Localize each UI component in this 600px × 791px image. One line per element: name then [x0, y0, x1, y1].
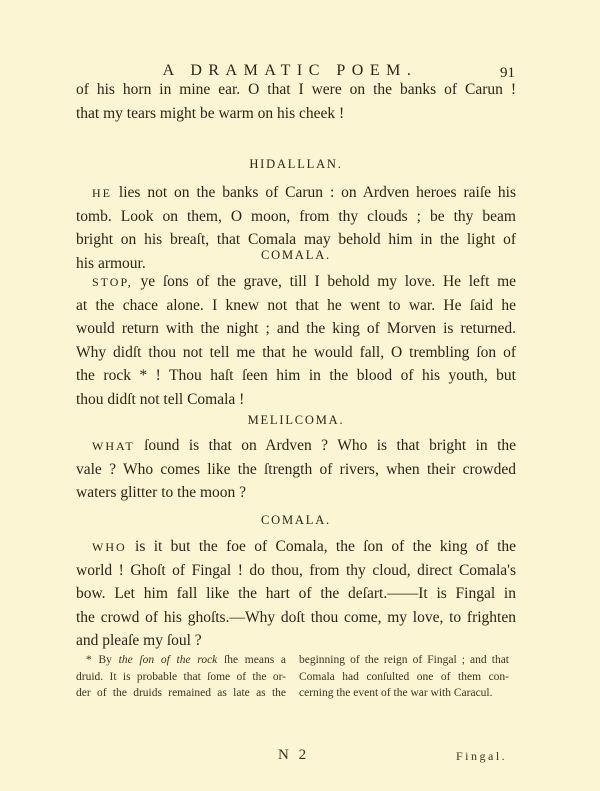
- opening-word: He: [92, 186, 112, 200]
- comala-speech-1: Stop, ye ſons of the grave, till I behol…: [76, 270, 516, 411]
- text-line: He lies not on the banks of Carun : on A…: [76, 181, 516, 205]
- text-line: of his horn in mine ear. O that I were o…: [76, 78, 516, 102]
- continuation-paragraph: of his horn in mine ear. O that I were o…: [76, 78, 516, 125]
- signature-mark: N 2: [278, 747, 309, 764]
- comala-speech-2: Who is it but the foe of Comala, the ſon…: [76, 535, 516, 653]
- opening-word: Stop,: [92, 275, 133, 289]
- text-line: bow. Let him fall like the hart of the d…: [76, 582, 516, 606]
- footnote-italic-phrase: the ſon of the rock: [119, 654, 218, 666]
- text-line: the crowd of his ghoſts.—Why doſt thou c…: [76, 606, 516, 630]
- text-line: Stop, ye ſons of the grave, till I behol…: [76, 270, 516, 294]
- footnote-right-column: beginning of the reign of Fingal ; and t…: [299, 652, 509, 702]
- speaker-heading-comala: Comala.: [76, 248, 516, 263]
- footnote-left-column: * By the ſon of the rock ſhe means a dru…: [76, 652, 286, 702]
- text-line: that my tears might be warm on his cheek…: [76, 102, 516, 126]
- footnote-line: cerning the event of the war with Caracu…: [299, 685, 509, 702]
- footnote-line: Comala had conſulted one of them con-: [299, 669, 509, 686]
- footnote-marker: *: [86, 654, 92, 666]
- book-page: A DRAMATIC POEM. 91 of his horn in mine …: [0, 0, 600, 791]
- text-line: waters glitter to the moon ?: [76, 481, 516, 505]
- speaker-heading-melilcoma: Melilcoma.: [76, 413, 516, 428]
- text-line: vale ? Who comes like the ſtrength of ri…: [76, 458, 516, 482]
- footnote-line: beginning of the reign of Fingal ; and t…: [299, 652, 509, 669]
- speaker-heading-comala: Comala.: [76, 513, 516, 528]
- text-line: would return with the night ; and the ki…: [76, 317, 516, 341]
- opening-word: What: [92, 439, 135, 453]
- text-line: thou didſt not tell Comala !: [76, 388, 516, 412]
- melilcoma-speech: What ſound is that on Ardven ? Who is th…: [76, 434, 516, 505]
- footnote-line: * By the ſon of the rock ſhe means a: [76, 652, 286, 669]
- text-line: Why didſt thou not tell me that he would…: [76, 341, 516, 365]
- speaker-heading-hidallan: Hidalllan.: [76, 157, 516, 172]
- opening-word: Who: [92, 540, 127, 554]
- footnote-line: der of the druids remained as late as th…: [76, 685, 286, 702]
- text-line: tomb. Look on them, O moon, from thy clo…: [76, 205, 516, 229]
- text-line: at the chace alone. I knew not that he w…: [76, 294, 516, 318]
- text-line: What ſound is that on Ardven ? Who is th…: [76, 434, 516, 458]
- text-line: the rock * ! Thou haſt ſeen him in the b…: [76, 364, 516, 388]
- text-line: world ! Ghoſt of Fingal ! do thou, from …: [76, 559, 516, 583]
- footnote-line: druid. It is probable that ſome of the o…: [76, 669, 286, 686]
- text-line: Who is it but the foe of Comala, the ſon…: [76, 535, 516, 559]
- text-line: and pleaſe my ſoul ?: [76, 629, 516, 653]
- catchword: Fingal.: [456, 749, 507, 764]
